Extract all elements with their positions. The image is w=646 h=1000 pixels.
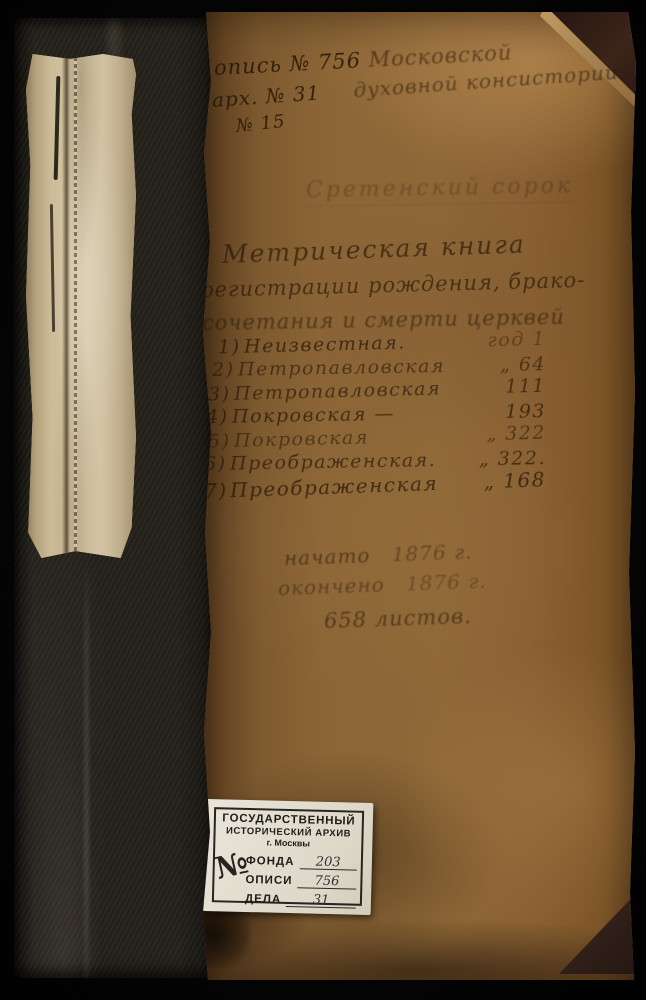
church-page: 193 [505, 399, 552, 422]
date-finished-label: окончено [278, 572, 385, 600]
opis-label: ОПИСИ [245, 874, 292, 887]
church-page: „ 64 [500, 353, 552, 376]
inventory-number: опись № 756 [213, 48, 361, 80]
paper-strip-crack [50, 204, 55, 332]
archive-number: арх. № 31 [211, 80, 321, 112]
delo-value: 31 [286, 893, 356, 909]
church-page: „ 168 [483, 467, 552, 493]
church-list: 1) Неизвестная. год 1 2) Петропавловская… [204, 332, 552, 497]
spine-paper-strip [26, 54, 136, 558]
church-name: Неизвестная. [244, 329, 488, 357]
church-page: 111 [505, 375, 552, 398]
archive-stamp-frame: ГОСУДАРСТВЕННЫЙ ИСТОРИЧЕСКИЙ АРХИВ г. Мо… [212, 807, 364, 906]
archive-stamp: ГОСУДАРСТВЕННЫЙ ИСТОРИЧЕСКИЙ АРХИВ г. Мо… [203, 799, 374, 915]
paper-strip-crack [54, 76, 61, 180]
opis-value: 756 [297, 874, 356, 889]
fond-value: 203 [299, 855, 357, 870]
church-page: „ 322. [479, 446, 553, 469]
sheet-count: 658 листов. [324, 604, 473, 633]
church-page: „ 322 [486, 422, 552, 446]
inventory-number-faded: Московской [368, 40, 513, 71]
archive-stamp-fields: ФОНДА 203 ОПИСИ 756 ДЕЛА 31 [245, 850, 357, 908]
delo-field: ДЕЛА 31 [245, 888, 356, 908]
date-finished-year: 1876 г. [406, 569, 488, 596]
opis-field: ОПИСИ 756 [245, 869, 356, 889]
sorok-heading: Сретенский сорок [306, 173, 574, 207]
numero-sign: № [213, 848, 251, 884]
torn-corner-bottom-right [554, 890, 636, 974]
book-title-line2: регистрации рождения, брако- [200, 268, 586, 302]
front-cover: опись № 756 Московской арх. № 31 духовно… [198, 12, 640, 980]
fond-label: ФОНДА [246, 855, 295, 868]
spine-fold-highlight [84, 558, 89, 978]
delo-label: ДЕЛА [245, 893, 282, 906]
date-started-label: начато [284, 543, 371, 570]
photo-background: опись № 756 Московской арх. № 31 духовно… [0, 0, 646, 1000]
church-index: 2) [212, 358, 238, 380]
case-number: № 15 [235, 111, 287, 137]
church-index: 5) [208, 430, 235, 453]
church-page: год 1 [487, 328, 552, 352]
book-title-line1: Метрическая книга [221, 229, 526, 269]
church-index: 1) [218, 336, 245, 359]
church-index: 3) [208, 383, 235, 406]
date-finished: окончено 1876 г. [278, 569, 488, 600]
fond-field: ФОНДА 203 [246, 850, 357, 870]
date-started: начато 1876 г. [284, 539, 473, 570]
date-started-year: 1876 г. [391, 539, 473, 566]
